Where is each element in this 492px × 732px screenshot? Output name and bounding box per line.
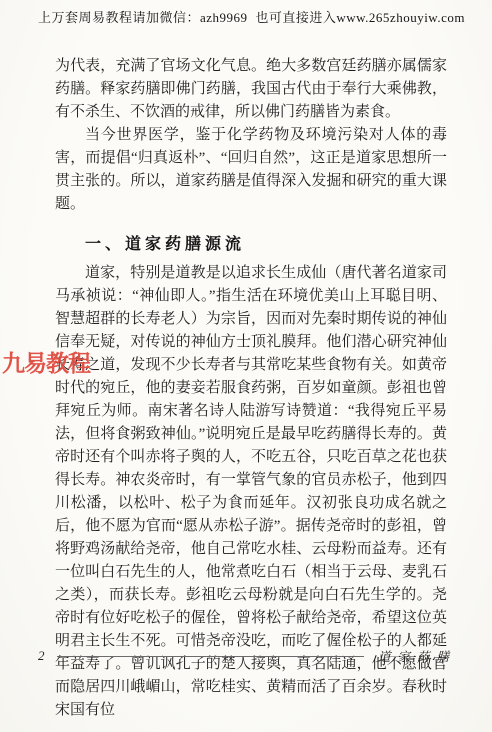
promo-banner: 上万套周易教程请加微信：azh9969 也可直接进入www.265zhouyiw… xyxy=(38,7,465,26)
book-title: 道家药膳 xyxy=(378,647,456,665)
paragraph-continuation: 为代表，充满了官场文化气息。绝大多数宫廷药膳亦属儒家药膳。释家药膳即佛门药膳，我… xyxy=(55,55,447,124)
site-notice: 也可直接进入www.265zhouyiw.com xyxy=(255,7,465,26)
section-heading: 一、道家药膳源流 xyxy=(85,233,447,256)
paragraph-modern-medicine: 当今世界医学，鉴于化学药物及环境污染对人体的毒害，而提倡“归真返朴”、“回归自然… xyxy=(55,124,447,216)
footer-rule xyxy=(57,656,364,657)
page-footer: 2 道家药膳 xyxy=(38,648,456,664)
page-content: 为代表，充满了官场文化气息。绝大多数宫廷药膳亦属儒家药膳。释家药膳即佛门药膳，我… xyxy=(55,55,447,722)
wechat-notice: 上万套周易教程请加微信：azh9969 xyxy=(38,7,248,26)
watermark-jiuyi-jiaocheng: 九易教程 xyxy=(2,345,90,378)
page-number: 2 xyxy=(38,648,45,664)
